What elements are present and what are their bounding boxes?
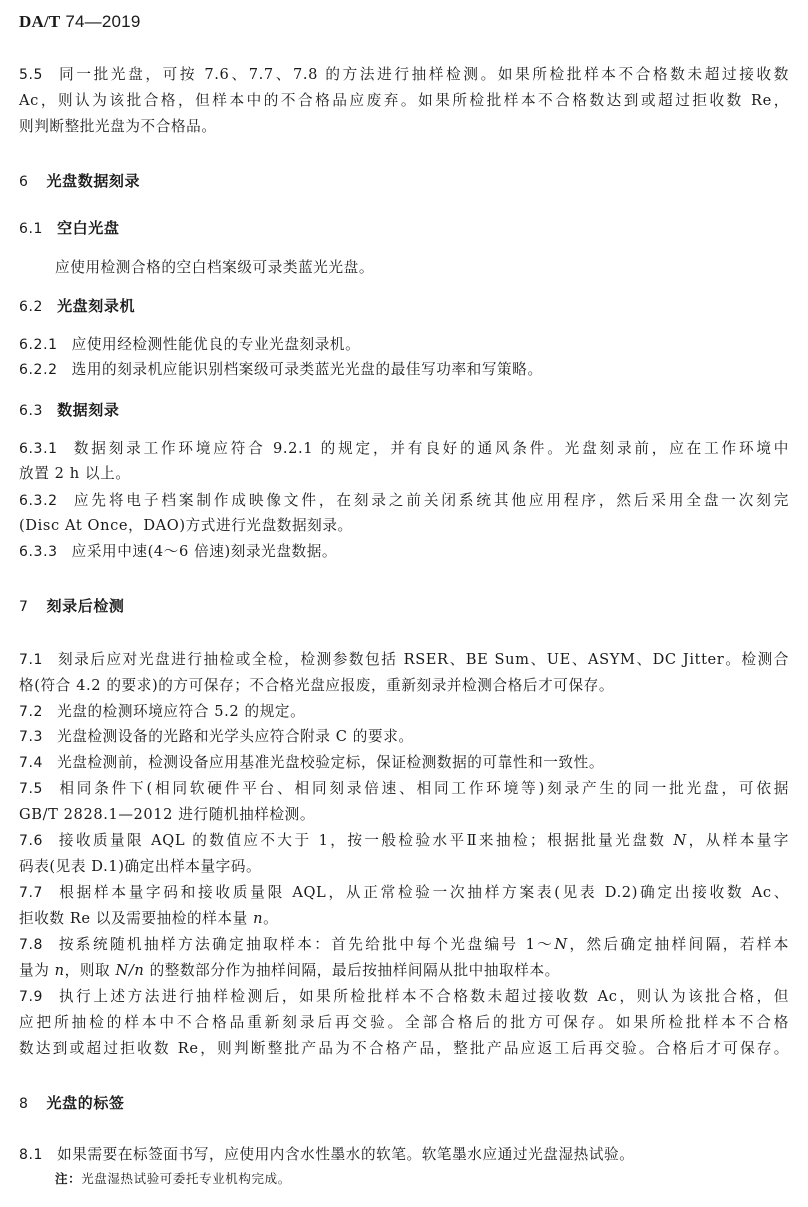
standard-code-header: DA/T 74—2019 [19, 12, 140, 32]
clause-6-3-1-line-1: 6.3.1数据刻录工作环境应符合 9.2.1 的规定，并有良好的通风条件。光盘刻… [19, 439, 789, 459]
clause-7-7-line-1: 7.7根据样本量字码和接收质量限 AQL，从正常检验一次抽样方案表(见表 D.2… [19, 883, 789, 903]
section-6-2-heading: 6.2光盘刻录机 [19, 296, 789, 317]
section-6-1-body: 应使用检测合格的空白档案级可录类蓝光光盘。 [55, 258, 808, 278]
clause-5-5-line-1: 5.5同一批光盘，可按 7.6、7.7、7.8 的方法进行抽样检测。如果所检批样… [19, 65, 789, 85]
clause-7-8-line-2: 量为 n，则取 N/n 的整数部分作为抽样间隔，最后按抽样间隔从批中抽取样本。 [19, 961, 789, 981]
section-6-heading: 6光盘数据刻录 [19, 171, 789, 192]
clause-5-5-line-2: Ac，则认为该批合格，但样本中的不合格品应废弃。如果所检批样本不合格数达到或超过… [19, 91, 789, 111]
clause-7-4: 7.4光盘检测前，检测设备应用基准光盘校验定标，保证检测数据的可靠性和一致性。 [19, 753, 789, 773]
clause-7-8-line-1: 7.8按系统随机抽样方法确定抽取样本：首先给批中每个光盘编号 1～N，然后确定抽… [19, 935, 789, 955]
clause-7-1-line-1: 7.1刻录后应对光盘进行抽检或全检，检测参数包括 RSER、BE Sum、UE、… [19, 650, 789, 670]
clause-8-1-note: 注：光盘湿热试验可委托专业机构完成。 [55, 1169, 808, 1189]
clause-8-1: 8.1如果需要在标签面书写，应使用内含水性墨水的软笔。软笔墨水应通过光盘湿热试验… [19, 1145, 789, 1165]
clause-7-5-line-2: GB/T 2828.1—2012 进行随机抽样检测。 [19, 805, 789, 825]
clause-6-2-1: 6.2.1应使用经检测性能优良的专业光盘刻录机。 [19, 335, 789, 355]
clause-7-7-line-2: 拒收数 Re 以及需要抽检的样本量 n。 [19, 909, 789, 929]
section-6-1-heading: 6.1空白光盘 [19, 218, 789, 239]
clause-7-9-line-1: 7.9执行上述方法进行抽样检测后，如果所检批样本不合格数未超过接收数 Ac，则认… [19, 987, 789, 1007]
standard-prefix: DA/T [19, 12, 60, 31]
section-7-heading: 7刻录后检测 [19, 596, 789, 617]
clause-6-3-3: 6.3.3应采用中速(4～6 倍速)刻录光盘数据。 [19, 542, 789, 562]
clause-7-5-line-1: 7.5相同条件下(相同软硬件平台、相同刻录倍速、相同工作环境等)刻录产生的同一批… [19, 779, 789, 799]
clause-7-1-line-2: 格(符合 4.2 的要求)的方可保存；不合格光盘应报废，重新刻录并检测合格后才可… [19, 676, 789, 696]
clause-7-6-line-1: 7.6接收质量限 AQL 的数值应不大于 1，按一般检验水平Ⅱ来抽检；根据批量光… [19, 831, 789, 851]
clause-6-3-2-line-2: (Disc At Once，DAO)方式进行光盘数据刻录。 [19, 516, 789, 536]
clause-5-5-line-3: 则判断整批光盘为不合格品。 [19, 117, 789, 137]
clause-7-2: 7.2光盘的检测环境应符合 5.2 的规定。 [19, 702, 789, 722]
section-6-3-heading: 6.3数据刻录 [19, 400, 789, 421]
clause-6-3-1-line-2: 放置 2 h 以上。 [19, 464, 789, 484]
clause-6-2-2: 6.2.2选用的刻录机应能识别档案级可录类蓝光光盘的最佳写功率和写策略。 [19, 360, 789, 380]
clause-7-6-line-2: 码表(见表 D.1)确定出样本量字码。 [19, 857, 789, 877]
document-page: DA/T 74—2019 5.5同一批光盘，可按 7.6、7.7、7.8 的方法… [0, 0, 808, 1207]
clause-7-3: 7.3光盘检测设备的光路和光学头应符合附录 C 的要求。 [19, 727, 789, 747]
clause-6-3-2-line-1: 6.3.2应先将电子档案制作成映像文件，在刻录之前关闭系统其他应用程序，然后采用… [19, 491, 789, 511]
clause-7-9-line-2: 应把所抽检的样本中不合格品重新刻录后再交验。全部合格后的批方可保存。如果所检批样… [19, 1013, 789, 1033]
note-label: 注： [55, 1171, 81, 1186]
standard-number: 74—2019 [60, 12, 140, 31]
section-8-heading: 8光盘的标签 [19, 1093, 789, 1114]
clause-7-9-line-3: 数达到或超过拒收数 Re，则判断整批产品为不合格产品，整批产品应返工后再交验。合… [19, 1039, 789, 1059]
